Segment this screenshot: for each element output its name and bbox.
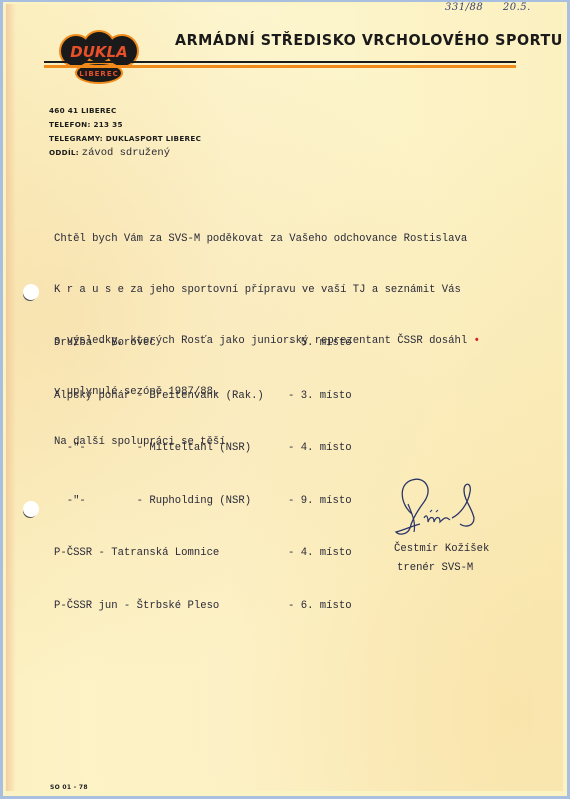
dukla-logo-icon: DUKLA LIBEREC (58, 27, 140, 85)
results-list: Družba - Borovec - 5. místo Alpský pohár… (54, 300, 352, 633)
handwritten-signature (390, 474, 500, 540)
phone-value: 213 35 (93, 120, 122, 129)
result-row: -"- - Rupholding (NSR) - 9. místo (54, 493, 352, 511)
signature-icon (390, 474, 500, 540)
result-event: P-ČSSR - Tatranská Lomnice (54, 545, 288, 563)
phone-label: TELEFON: (49, 120, 91, 129)
result-place: - 4. místo (288, 545, 352, 563)
signer-name: Čestmír Kožíšek (394, 543, 489, 555)
paragraph-line: Chtěl bych Vám za SVS-M poděkovat za Vaš… (54, 231, 480, 248)
letterhead-rule-orange (44, 65, 516, 68)
result-place: - 3. místo (288, 388, 352, 406)
signer-role: trenér SVS-M (397, 562, 473, 574)
telegram-line: TELEGRAMY: DUKLASPORT LIBEREC (49, 134, 201, 143)
form-code: SO 01 - 78 (50, 784, 88, 791)
division-label: ODDÍL: (49, 148, 79, 157)
division-value: závod sdružený (82, 147, 170, 159)
svg-text:DUKLA: DUKLA (70, 43, 127, 61)
phone-line: TELEFON: 213 35 (49, 120, 123, 129)
dukla-logo: DUKLA LIBEREC (58, 27, 140, 85)
result-place: - 9. místo (288, 493, 352, 511)
closing-line: Na další spolupráci se těší (54, 436, 226, 448)
result-event: Alpský pohár - Breitenvank (Rak.) (54, 388, 288, 406)
paragraph-line: K r a u s e za jeho sportovní přípravu v… (54, 282, 480, 299)
telegram-value: DUKLASPORT LIBEREC (106, 134, 201, 143)
result-row: P-ČSSR - Tatranská Lomnice - 4. místo (54, 545, 352, 563)
result-place: - 4. místo (288, 440, 352, 458)
result-place: - 6. místo (288, 598, 352, 616)
result-row: Družba - Borovec - 5. místo (54, 335, 352, 353)
result-event: -"- - Rupholding (NSR) (54, 493, 288, 511)
handwritten-date: 20.5. (503, 2, 531, 13)
red-mark: • (467, 335, 480, 347)
handwritten-note: 331/88 20.5. (445, 2, 547, 13)
punch-hole-lower (23, 501, 39, 517)
result-row: Alpský pohár - Breitenvank (Rak.) - 3. m… (54, 388, 352, 406)
svg-text:LIBEREC: LIBEREC (79, 70, 119, 78)
organization-title: ARMÁDNÍ STŘEDISKO VRCHOLOVÉHO SPORTU (175, 31, 563, 49)
division-line: ODDÍL: závod sdružený (49, 147, 170, 159)
punch-hole-upper (23, 284, 39, 300)
telegram-label: TELEGRAMY: (49, 134, 103, 143)
result-event: P-ČSSR jun - Štrbské Pleso (54, 598, 288, 616)
result-row: P-ČSSR jun - Štrbské Pleso - 6. místo (54, 598, 352, 616)
letterhead-rule-black (44, 61, 516, 63)
address-line: 460 41 LIBEREC (49, 106, 117, 115)
handwritten-reference: 331/88 (445, 2, 483, 13)
result-place: - 5. místo (288, 335, 352, 353)
result-event: Družba - Borovec (54, 335, 288, 353)
